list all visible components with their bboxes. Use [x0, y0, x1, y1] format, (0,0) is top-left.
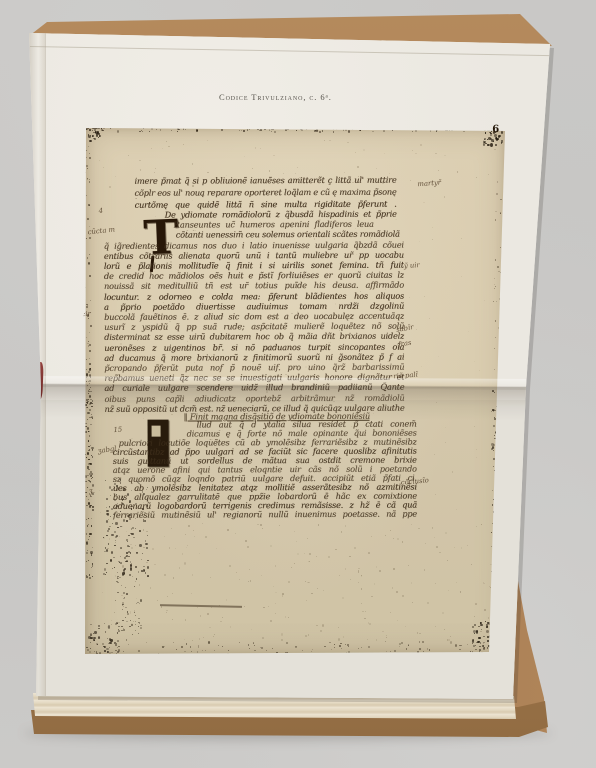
folio-corner-mark: 6	[492, 124, 499, 135]
lower-page-tint	[29, 400, 529, 700]
marginal-note-left: 4	[98, 207, 103, 215]
marginal-note-left: cũcta m	[87, 225, 115, 236]
marginal-note-right: martyr̃	[417, 179, 441, 189]
marginal-note-right: ỹ uir	[404, 261, 420, 270]
marginal-note-right: sabĩr	[396, 323, 414, 334]
book-page: Codice Trivulziano, c. 6ᵃ. T 6 imere p̃m…	[0, 0, 596, 768]
manuscript-line: imere p̃mat q̃ si p obliuionẽ ianuẽses a…	[134, 176, 396, 187]
manuscript-line: Ranseuntes uc̃ humeros apenini fl̃adifer…	[174, 220, 374, 231]
marginal-note-right: fras	[398, 339, 412, 349]
manuscript-line: cõtanti uenessim̃ ceu solemus orientali …	[176, 230, 400, 241]
photo-of-open-book: Codice Trivulziano, c. 6ᵃ. T 6 imere p̃m…	[0, 0, 596, 768]
manuscript-line: cõplr eos ul' nouą reparare oporteret lo…	[135, 188, 397, 199]
marginal-note-left: :ir	[83, 310, 91, 318]
